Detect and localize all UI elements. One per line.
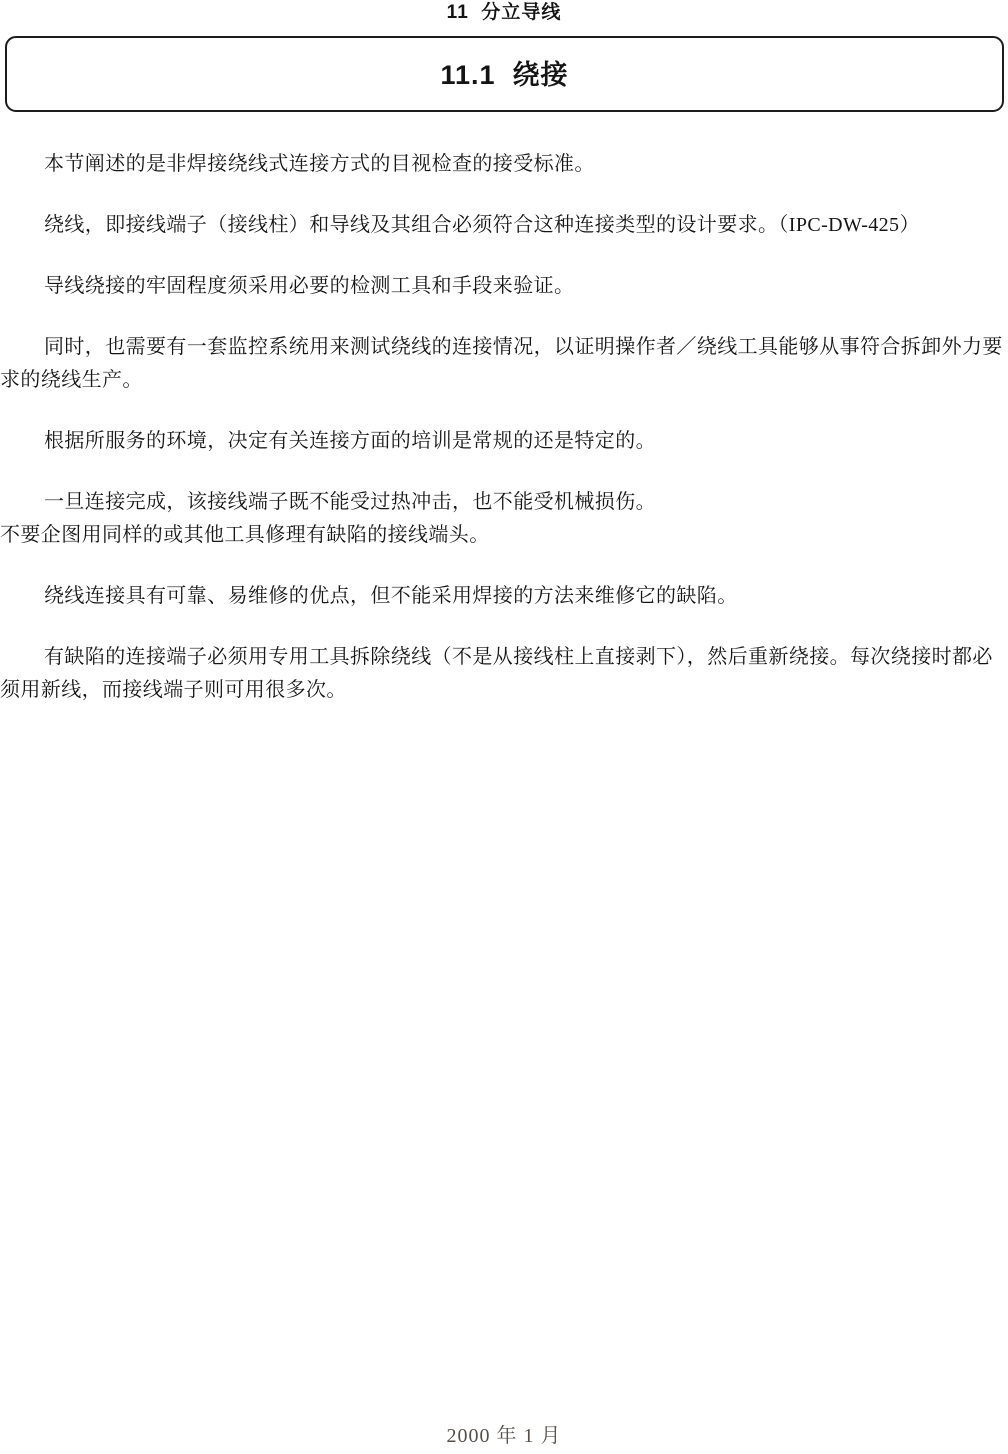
section-title: 11.1 绕接 bbox=[440, 53, 568, 92]
paragraph-7: 绕线连接具有可靠、易维修的优点，但不能采用焊接的方法来维修它的缺陷。 bbox=[0, 580, 1008, 613]
document-page: 11 分立导线 11.1 绕接 本节阐述的是非焊接绕线式连接方式的目视检查的接受… bbox=[0, 0, 1008, 1454]
running-head: 11 分立导线 bbox=[0, 0, 1008, 24]
paragraph-6: 一旦连接完成，该接线端子既不能受过热冲击，也不能受机械损伤。 不要企图用同样的或… bbox=[0, 486, 1008, 552]
page-footer-date: 2000 年 1 月 bbox=[0, 1419, 1008, 1448]
paragraph-4: 同时，也需要有一套监控系统用来测试绕线的连接情况，以证明操作者／绕线工具能够从事… bbox=[0, 331, 1008, 397]
paragraph-3: 导线绕接的牢固程度须采用必要的检测工具和手段来验证。 bbox=[0, 270, 1008, 303]
paragraph-5: 根据所服务的环境，决定有关连接方面的培训是常规的还是特定的。 bbox=[0, 425, 1008, 458]
paragraph-2: 绕线，即接线端子（接线柱）和导线及其组合必须符合这种连接类型的设计要求。（IPC… bbox=[0, 209, 1008, 242]
paragraph-1: 本节阐述的是非焊接绕线式连接方式的目视检查的接受标准。 bbox=[0, 148, 1008, 181]
body-text: 本节阐述的是非焊接绕线式连接方式的目视检查的接受标准。 绕线，即接线端子（接线柱… bbox=[0, 148, 1008, 735]
section-title-box: 11.1 绕接 bbox=[5, 36, 1004, 112]
paragraph-8: 有缺陷的连接端子必须用专用工具拆除绕线（不是从接线柱上直接剥下），然后重新绕接。… bbox=[0, 641, 1008, 707]
